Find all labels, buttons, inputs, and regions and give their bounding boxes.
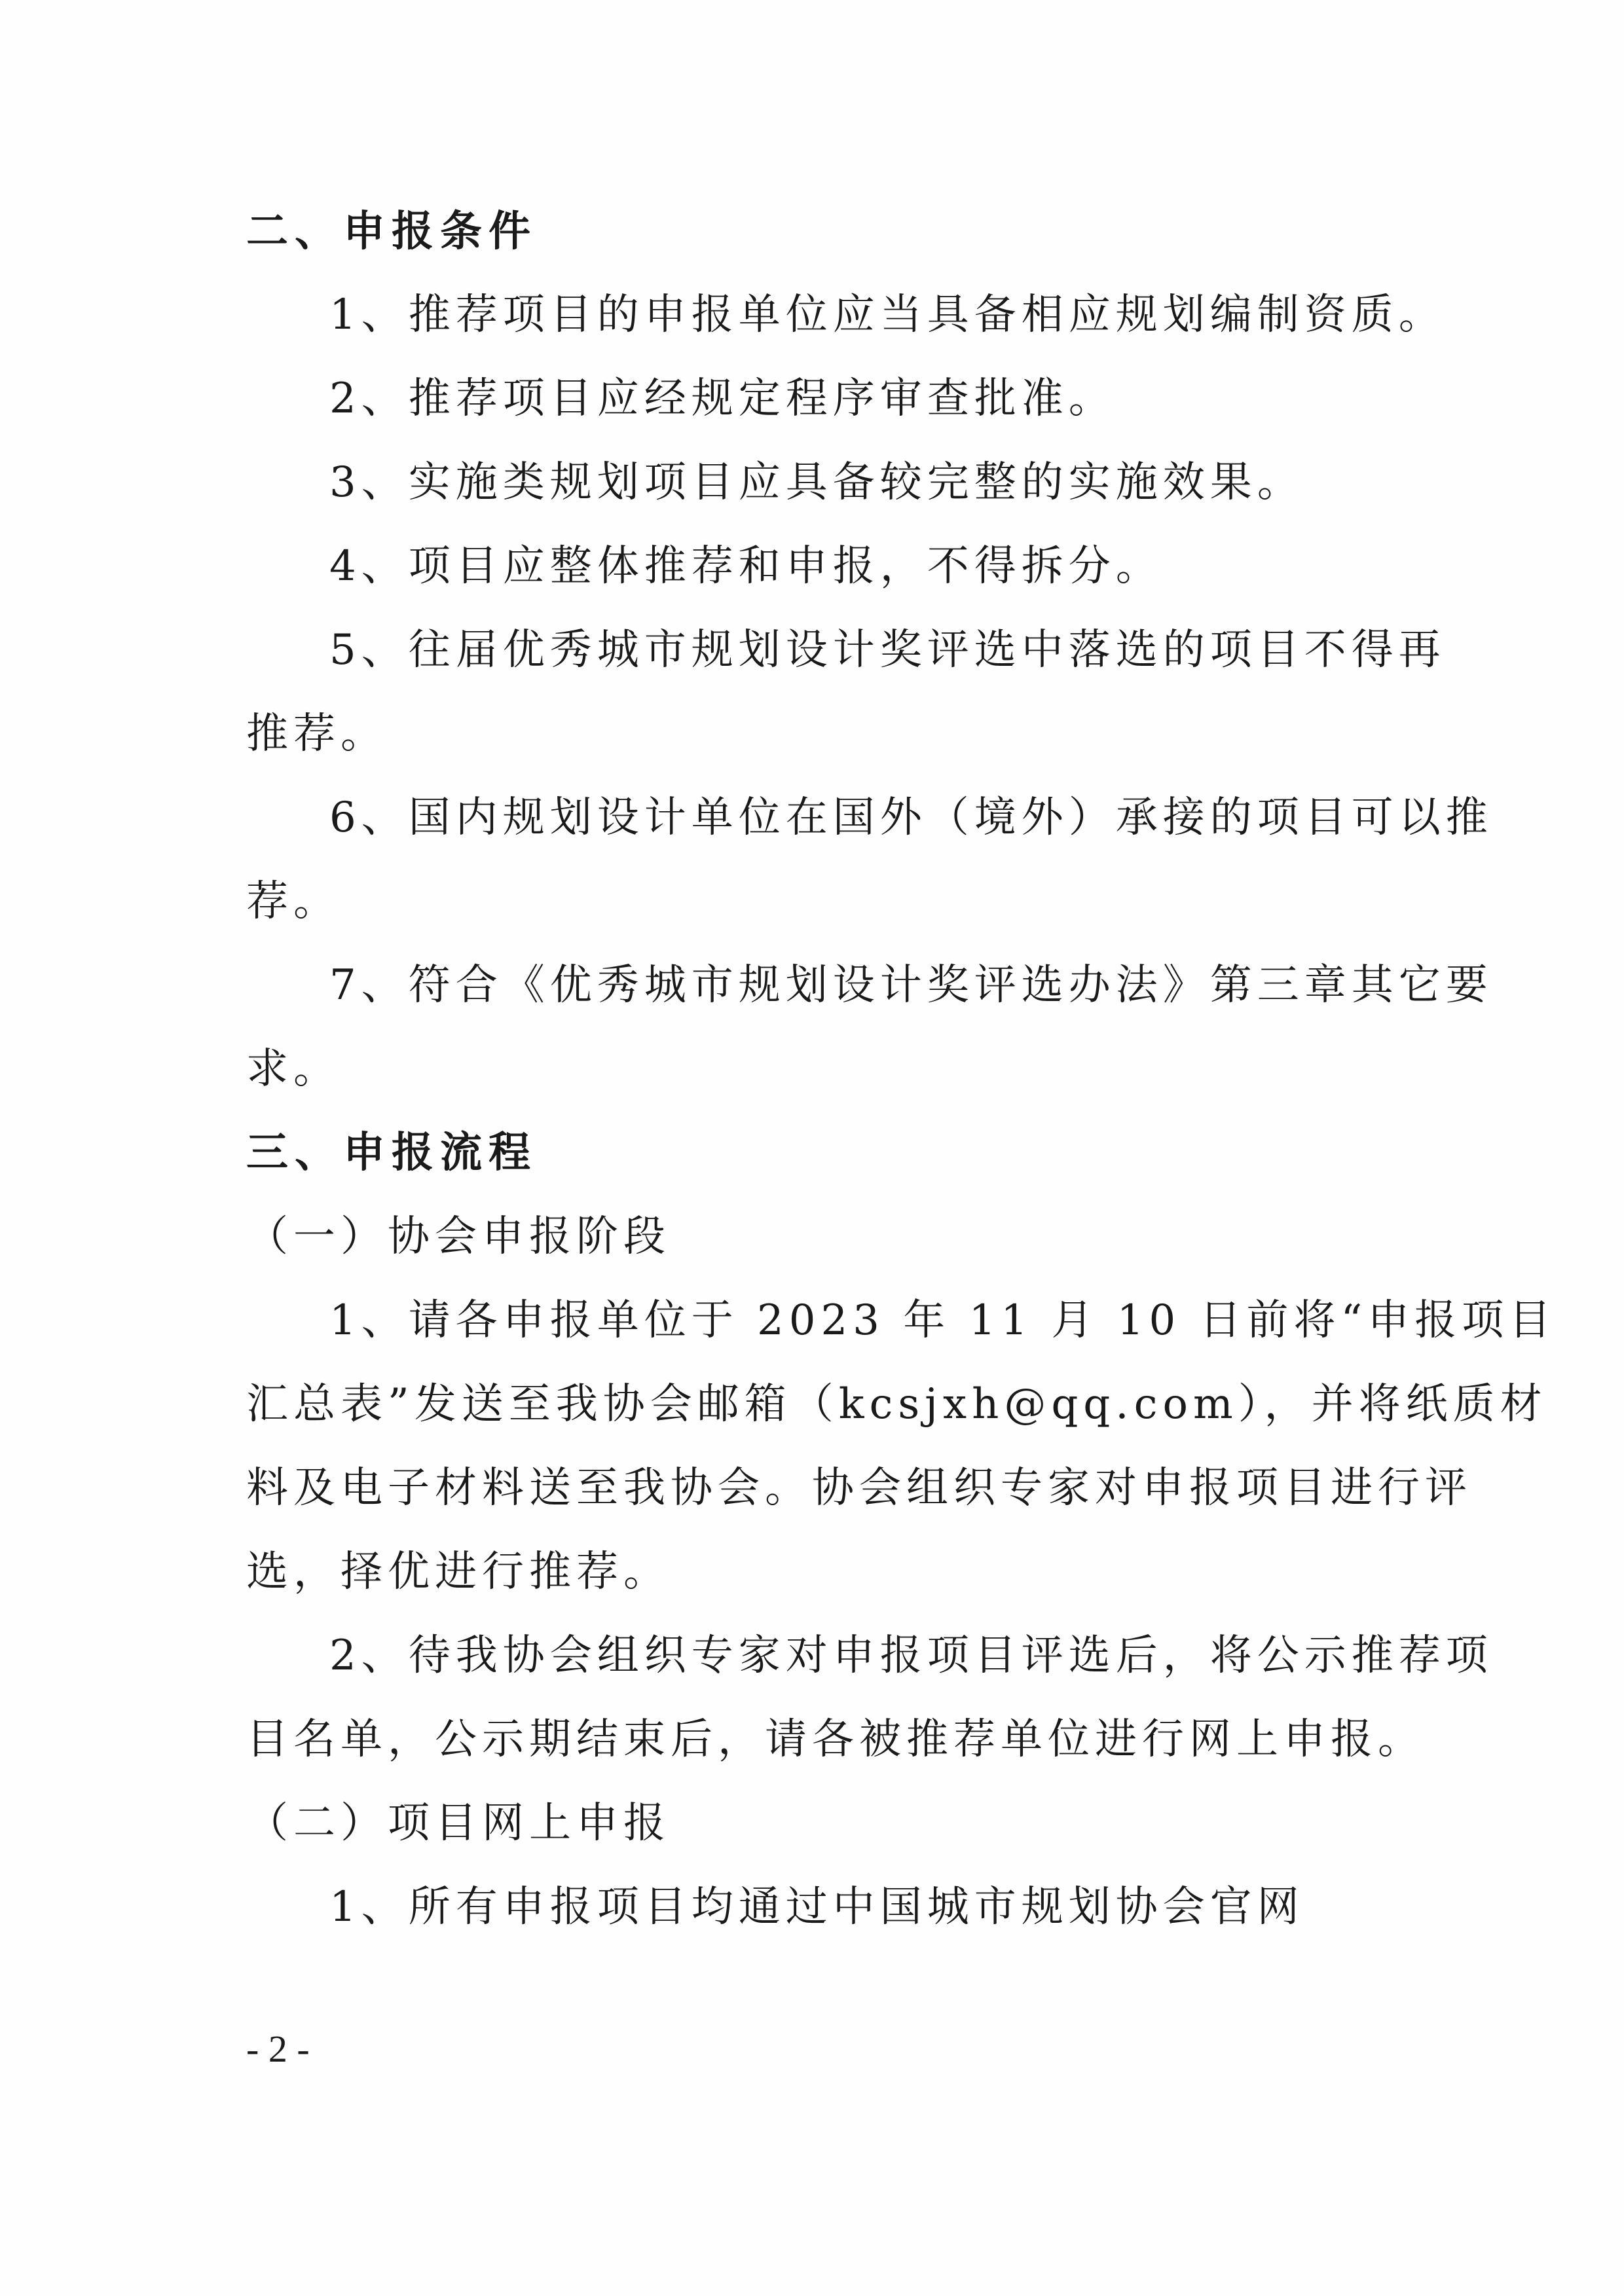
requirement-item-6-cont: 荐。	[246, 875, 1362, 928]
process-line-2: 汇总表”发送至我协会邮箱（kcsjxh@qq.com），并将纸质材	[246, 1378, 1362, 1430]
process-line-1: 1、请各申报单位于 2023 年 11 月 10 日前将“申报项目	[329, 1294, 1362, 1347]
requirement-item-4: 4、项目应整体推荐和申报，不得拆分。	[329, 540, 1362, 592]
document-page: 二、申报条件 1、推荐项目的申报单位应当具备相应规划编制资质。 2、推荐项目应经…	[0, 0, 1624, 2296]
section-heading-process: 三、申报流程	[246, 1127, 1362, 1179]
process-line-6: 目名单，公示期结束后，请各被推荐单位进行网上申报。	[246, 1713, 1362, 1766]
requirement-item-7: 7、符合《优秀城市规划设计奖评选办法》第三章其它要	[329, 959, 1362, 1011]
page-number: - 2 -	[246, 2023, 310, 2075]
subsection-title-association: （一）协会申报阶段	[246, 1211, 1362, 1263]
requirement-item-3: 3、实施类规划项目应具备较完整的实施效果。	[329, 456, 1362, 509]
requirement-item-6: 6、国内规划设计单位在国外（境外）承接的项目可以推	[329, 792, 1362, 844]
requirement-item-7-cont: 求。	[246, 1043, 1362, 1095]
process-line-5: 2、待我协会组织专家对申报项目评选后，将公示推荐项	[329, 1630, 1362, 1682]
online-line-1: 1、所有申报项目均通过中国城市规划协会官网	[329, 1881, 1362, 1933]
requirement-item-5-cont: 推荐。	[246, 708, 1362, 760]
requirement-item-1: 1、推荐项目的申报单位应当具备相应规划编制资质。	[329, 289, 1362, 341]
process-line-3: 料及电子材料送至我协会。协会组织专家对申报项目进行评	[246, 1462, 1362, 1514]
requirement-item-2: 2、推荐项目应经规定程序审查批准。	[329, 373, 1362, 425]
process-line-4: 选，择优进行推荐。	[246, 1546, 1362, 1598]
section-heading-requirements: 二、申报条件	[246, 206, 1362, 258]
requirement-item-5: 5、往届优秀城市规划设计奖评选中落选的项目不得再	[329, 624, 1362, 676]
subsection-title-online: （二）项目网上申报	[246, 1797, 1362, 1850]
